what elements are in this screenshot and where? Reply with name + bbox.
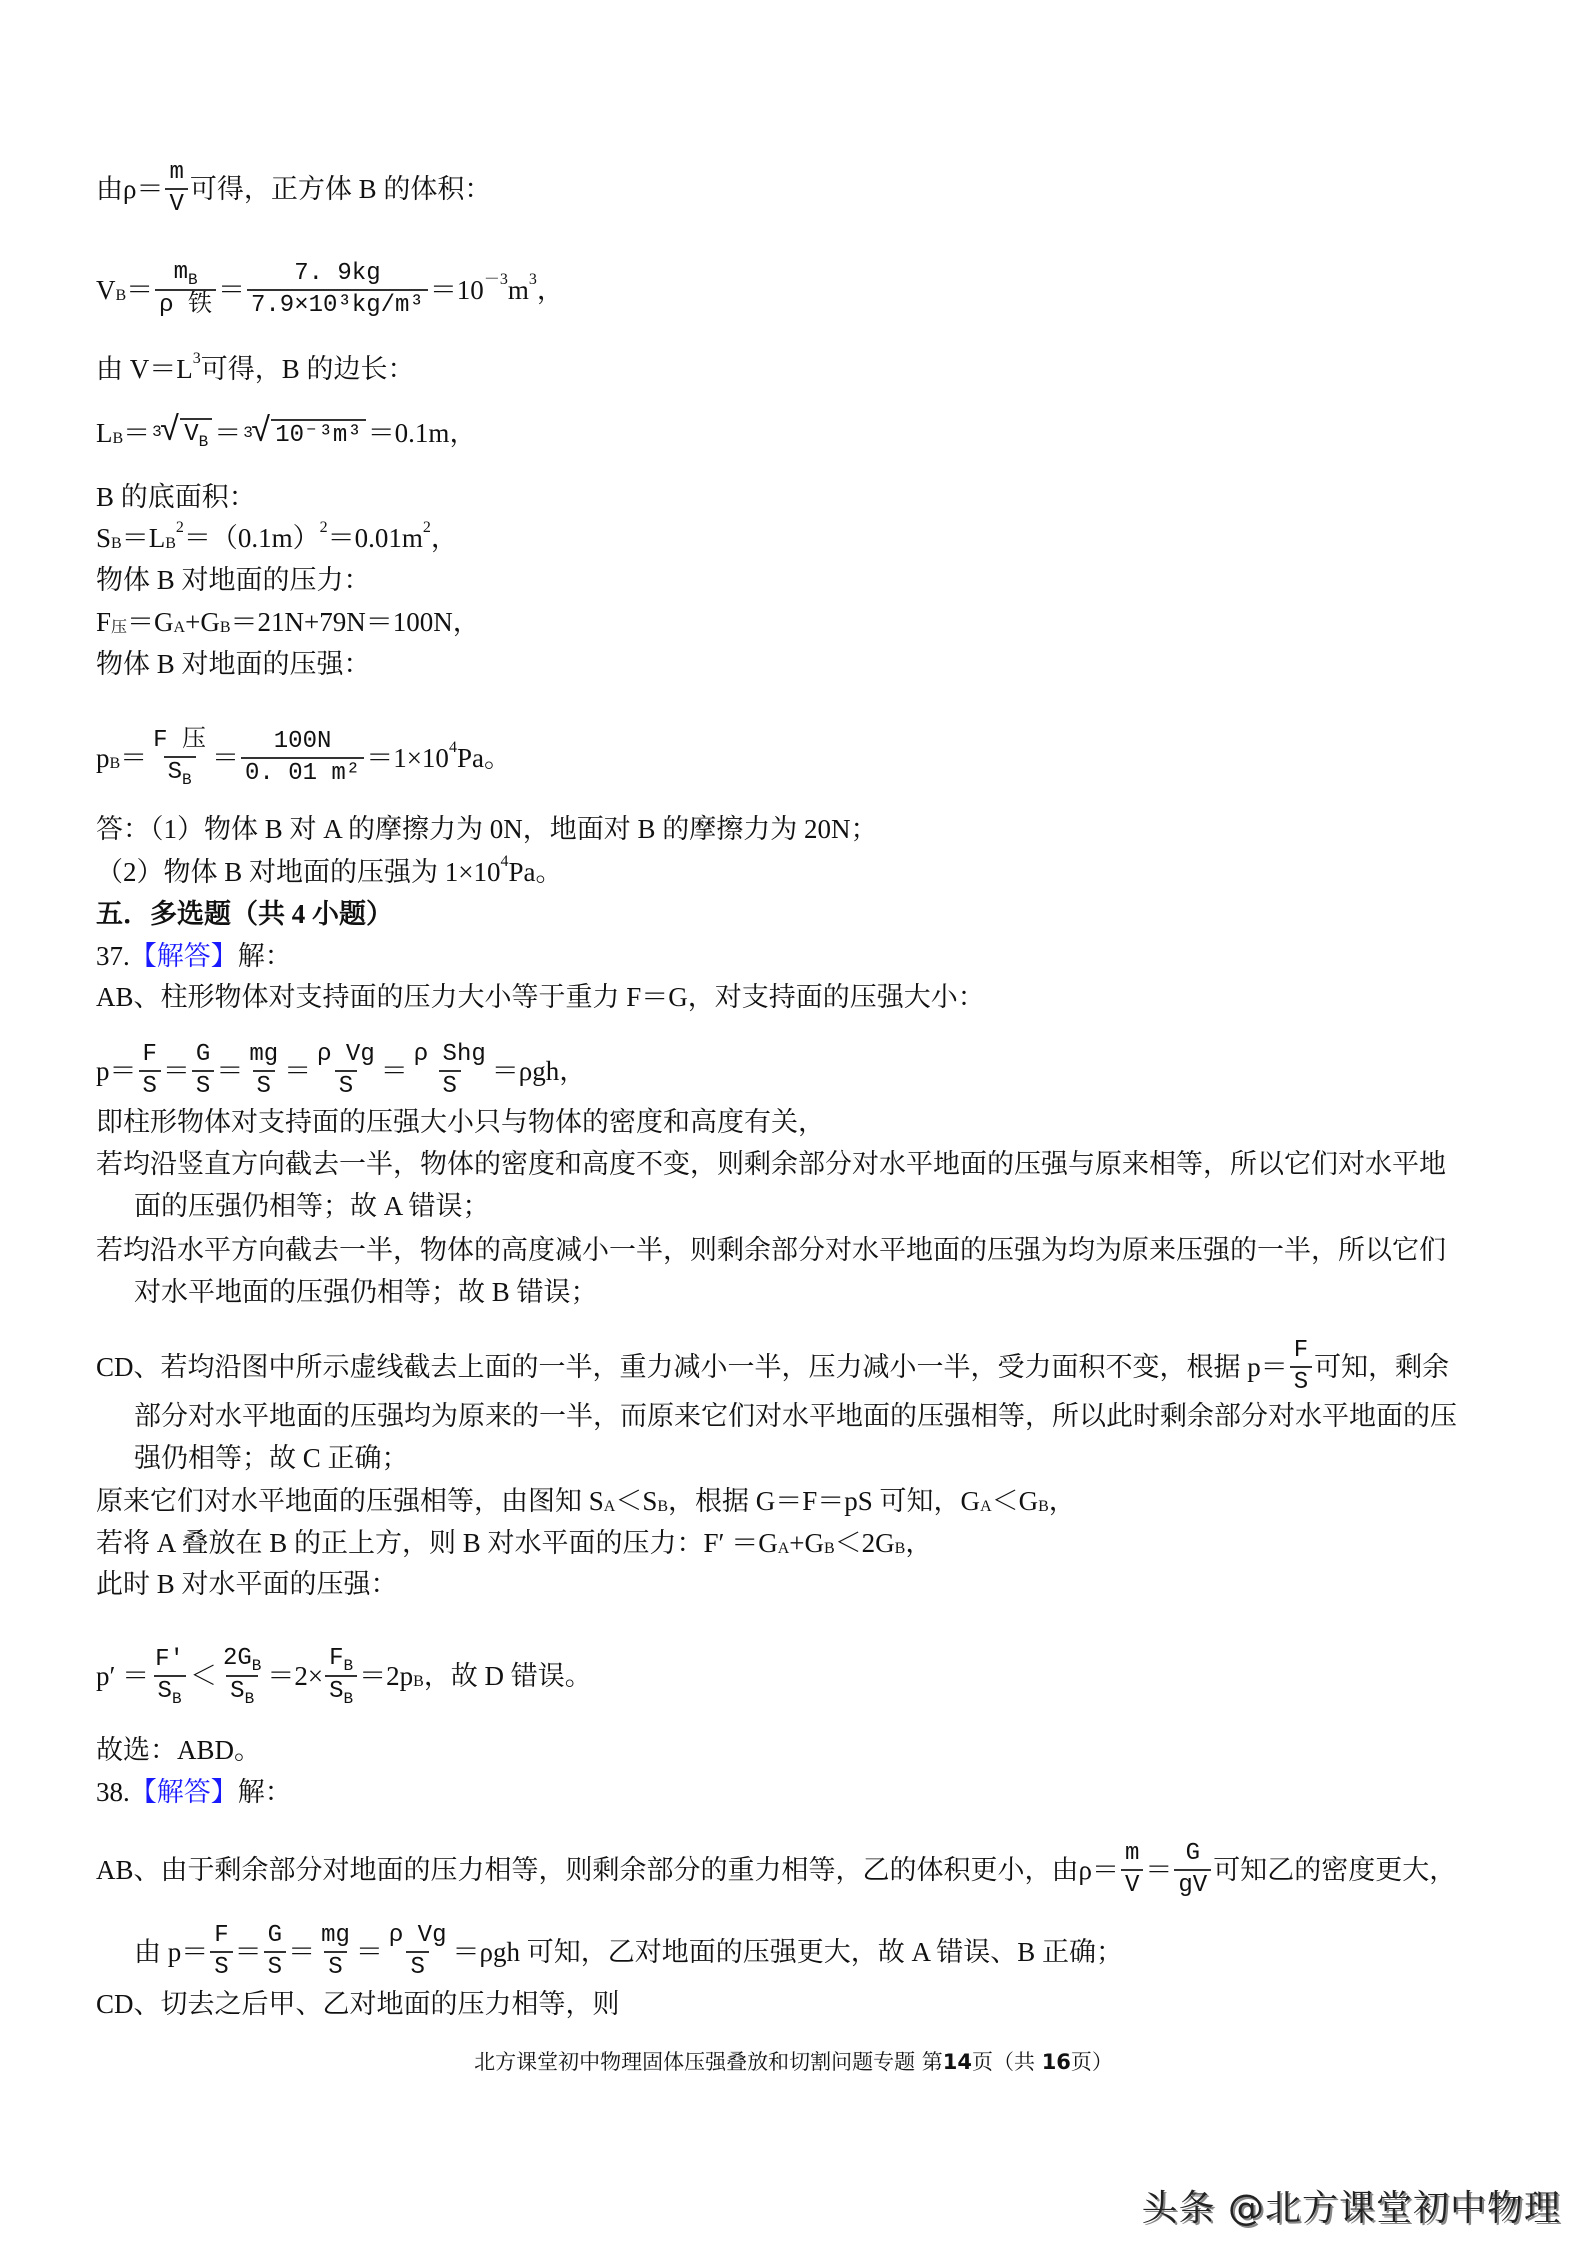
fraction: GS bbox=[192, 1040, 214, 1102]
text-segment: p＝ bbox=[96, 1053, 137, 1089]
fraction: 7. 9kg7.9×10³kg/m³ bbox=[247, 259, 428, 321]
text-line: 由 V＝L3 可得，B 的边长： bbox=[96, 351, 1497, 387]
text-segment: Pa。 bbox=[457, 740, 511, 776]
text-segment: ＝2p bbox=[359, 1658, 413, 1694]
fraction-denominator: 7.9×10³kg/m³ bbox=[247, 289, 428, 321]
fraction-numerator: mg bbox=[317, 1921, 354, 1951]
text-line: VB＝mBρ 铁＝7. 9kg7.9×10³kg/m³＝10－3m3， bbox=[96, 258, 1497, 321]
fraction-numerator: ρ Vg bbox=[385, 1921, 451, 1951]
fraction-denominator: 0. 01 m² bbox=[241, 757, 364, 789]
fraction-denominator: S bbox=[335, 1070, 357, 1102]
superscript: 3 bbox=[529, 262, 537, 298]
subscript: B bbox=[895, 1531, 906, 1567]
text-line: 原来它们对水平地面的压强相等，由图知 SA＜SB，根据 G＝F＝pS 可知，GA… bbox=[96, 1483, 1497, 1519]
superscript: 4 bbox=[449, 730, 457, 766]
text-segment: ＝21N+79N＝100N， bbox=[231, 604, 480, 640]
fraction-denominator: SB bbox=[164, 756, 196, 789]
fraction-numerator: mg bbox=[245, 1040, 282, 1070]
fraction: F 压SB bbox=[149, 726, 210, 789]
fraction-numerator: G bbox=[1182, 1839, 1204, 1869]
fraction: F′SB bbox=[151, 1645, 188, 1708]
text-segment: 若均沿水平方向截去一半，物体的高度减小一半，则剩余部分对水平地面的压强为均为原来… bbox=[96, 1232, 1446, 1268]
text-segment: ＝ρgh， bbox=[492, 1053, 586, 1089]
fraction-numerator: mB bbox=[170, 258, 202, 289]
text-segment: 若将 A 叠放在 B 的正上方，则 B 对水平面的压力：F′ ＝G bbox=[96, 1525, 778, 1561]
text-segment: ＝ bbox=[356, 1934, 383, 1970]
text-segment: ， bbox=[905, 1525, 932, 1561]
text-segment: p bbox=[96, 740, 110, 776]
text-segment: 物体 B 对地面的压力： bbox=[96, 562, 371, 598]
answer-tag: 【解答】 bbox=[130, 1774, 238, 1810]
text-line: 物体 B 对地面的压力： bbox=[96, 562, 1497, 598]
subscript: A bbox=[174, 610, 186, 646]
text-segment: ＜ bbox=[190, 1658, 217, 1694]
fraction: 2GBSB bbox=[219, 1644, 265, 1708]
text-segment: 五．多选题（共 4 小题） bbox=[96, 896, 393, 932]
text-line: 若均沿水平方向截去一半，物体的高度减小一半，则剩余部分对水平地面的压强为均为原来… bbox=[96, 1232, 1497, 1268]
fraction: ρ ShgS bbox=[410, 1040, 490, 1102]
fraction: GS bbox=[264, 1921, 286, 1983]
text-segment: Pa。 bbox=[509, 854, 563, 890]
fraction-denominator: S bbox=[439, 1070, 461, 1102]
footer-page-suffix: 页） bbox=[1071, 2050, 1113, 2074]
subscript: A bbox=[604, 1489, 616, 1525]
text-line: p′ ＝F′SB＜2GBSB＝2×FBSB＝2pB，故 D 错误。 bbox=[96, 1644, 1497, 1708]
fraction-numerator: F bbox=[210, 1921, 232, 1951]
text-segment: 部分对水平地面的压强均为原来的一半，而原来它们对水平地面的压强相等，所以此时剩余… bbox=[134, 1398, 1457, 1434]
fraction: FS bbox=[139, 1040, 161, 1102]
text-line: 38.【解答】解： bbox=[96, 1774, 1497, 1810]
subscript: B bbox=[110, 746, 121, 782]
subscript: A bbox=[778, 1531, 790, 1567]
text-segment: ， bbox=[1049, 1483, 1076, 1519]
fraction-denominator: gV bbox=[1174, 1869, 1211, 1901]
text-line: 强仍相等；故 C 正确； bbox=[134, 1440, 1497, 1476]
text-line: CD、切去之后甲、乙对地面的压力相等，则 bbox=[96, 1986, 1497, 2022]
text-segment: ，故 D 错误。 bbox=[424, 1658, 592, 1694]
fraction-denominator: SB bbox=[325, 1675, 357, 1708]
subscript: 压 bbox=[111, 610, 127, 646]
text-line: 若将 A 叠放在 B 的正上方，则 B 对水平面的压力：F′ ＝GA+GB＜2G… bbox=[96, 1525, 1497, 1561]
text-segment: +G bbox=[185, 604, 220, 640]
footer-title: 北方课堂初中物理固体压强叠放和切割问题专题 bbox=[474, 2050, 922, 2074]
text-segment: ＝ bbox=[284, 1053, 311, 1089]
text-segment: ＝ bbox=[212, 740, 239, 776]
text-line: AB、由于剩余部分对地面的压力相等，则剩余部分的重力相等，乙的体积更小，由ρ＝m… bbox=[96, 1839, 1497, 1901]
fraction: FS bbox=[1290, 1336, 1312, 1398]
text-segment: L bbox=[96, 415, 113, 451]
text-segment: 37. bbox=[96, 938, 130, 974]
text-line: 答：（1）物体 B 对 A 的摩擦力为 0N，地面对 B 的摩擦力为 20N； bbox=[96, 811, 1497, 847]
fraction: mgS bbox=[245, 1040, 282, 1102]
fraction-numerator: 7. 9kg bbox=[290, 259, 384, 289]
text-segment: ＝ bbox=[218, 272, 245, 308]
text-segment: ＜G bbox=[992, 1483, 1039, 1519]
text-segment: CD、切去之后甲、乙对地面的压力相等，则 bbox=[96, 1986, 620, 2022]
fraction: FBSB bbox=[325, 1644, 357, 1708]
text-line: 若均沿竖直方向截去一半，物体的密度和高度不变，则剩余部分对水平地面的压强与原来相… bbox=[96, 1146, 1497, 1182]
fraction: 100N0. 01 m² bbox=[241, 727, 364, 789]
text-segment: 可得，正方体 B 的体积： bbox=[190, 171, 492, 207]
text-line: p＝FS＝GS＝mgS＝ρ VgS＝ρ ShgS＝ρgh， bbox=[96, 1040, 1497, 1102]
fraction-denominator: S bbox=[1290, 1366, 1312, 1398]
fraction-denominator: V bbox=[165, 188, 187, 220]
radical-sign: √ bbox=[160, 414, 180, 450]
text-line: CD、若均沿图中所示虚线截去上面的一半，重力减小一半，压力减小一半，受力面积不变… bbox=[96, 1336, 1497, 1398]
text-segment: ＝ρgh 可知，乙对地面的压强更大，故 A 错误、B 正确； bbox=[452, 1934, 1123, 1970]
footer-page-mid: 页（共 bbox=[972, 2050, 1042, 2074]
superscript: 2 bbox=[320, 510, 328, 546]
fraction-numerator: FB bbox=[325, 1644, 357, 1675]
fraction-denominator: S bbox=[139, 1070, 161, 1102]
text-segment: ＝ bbox=[123, 415, 150, 451]
cube-root: 3√VB bbox=[152, 414, 212, 451]
text-segment: ＝ bbox=[120, 740, 147, 776]
text-segment: ＝2× bbox=[267, 1658, 323, 1694]
text-segment: 对水平地面的压强仍相等；故 B 错误； bbox=[134, 1274, 598, 1310]
document-page: 由ρ＝mV可得，正方体 B 的体积：VB＝mBρ 铁＝7. 9kg7.9×10³… bbox=[0, 0, 1587, 2245]
fraction-denominator: SB bbox=[226, 1675, 258, 1708]
text-line: （2）物体 B 对地面的压强为 1×104Pa。 bbox=[96, 854, 1497, 890]
fraction-numerator: F′ bbox=[151, 1645, 188, 1675]
text-segment: 38. bbox=[96, 1774, 130, 1810]
text-segment: ＝0.01m bbox=[328, 520, 423, 556]
text-segment: ＝G bbox=[127, 604, 174, 640]
fraction-numerator: F bbox=[1290, 1336, 1312, 1366]
superscript: －3 bbox=[484, 262, 508, 298]
text-segment: ， bbox=[431, 520, 458, 556]
subscript: B bbox=[220, 610, 231, 646]
fraction: ρ VgS bbox=[313, 1040, 379, 1102]
text-segment: 物体 B 对地面的压强： bbox=[96, 646, 371, 682]
fraction: mgS bbox=[317, 1921, 354, 1983]
superscript: 3 bbox=[193, 341, 201, 377]
text-line: AB、柱形物体对支持面的压力大小等于重力 F＝G，对支持面的压强大小： bbox=[96, 979, 1497, 1015]
fraction-denominator: S bbox=[192, 1070, 214, 1102]
text-line: 此时 B 对水平面的压强： bbox=[96, 1566, 1497, 1602]
text-segment: F bbox=[96, 604, 111, 640]
text-segment: ＝ bbox=[163, 1053, 190, 1089]
text-segment: 由ρ＝ bbox=[96, 171, 163, 207]
text-segment: ， bbox=[537, 272, 564, 308]
text-line: pB＝F 压SB＝100N0. 01 m²＝1×104Pa。 bbox=[96, 726, 1497, 789]
text-segment: ＝1×10 bbox=[366, 740, 449, 776]
text-line: 由ρ＝mV可得，正方体 B 的体积： bbox=[96, 158, 1497, 220]
section-heading: 五．多选题（共 4 小题） bbox=[96, 896, 1497, 932]
fraction-numerator: 2GB bbox=[219, 1644, 265, 1675]
text-line: 部分对水平地面的压强均为原来的一半，而原来它们对水平地面的压强相等，所以此时剩余… bbox=[134, 1398, 1497, 1434]
text-line: LB＝3√VB＝3√10⁻³m³＝0.1m， bbox=[96, 414, 1497, 451]
text-segment: 面的压强仍相等；故 A 错误； bbox=[134, 1188, 490, 1224]
text-segment: 即柱形物体对支持面的压强大小只与物体的密度和高度有关， bbox=[96, 1104, 825, 1140]
fraction-numerator: m bbox=[1121, 1839, 1143, 1869]
text-segment: +G bbox=[789, 1525, 824, 1561]
text-segment: ＝10 bbox=[430, 272, 484, 308]
fraction-denominator: S bbox=[253, 1070, 275, 1102]
text-segment: ＝ bbox=[235, 1934, 262, 1970]
fraction: GgV bbox=[1174, 1839, 1211, 1901]
fraction: mV bbox=[1121, 1839, 1143, 1901]
text-segment: ＝L bbox=[122, 520, 166, 556]
text-segment: 可知乙的密度更大， bbox=[1213, 1852, 1456, 1888]
text-segment: 由 p＝ bbox=[134, 1934, 208, 1970]
text-line: 故选：ABD。 bbox=[96, 1732, 1497, 1768]
text-line: SB＝LB2＝（0.1m）2＝0.01m2， bbox=[96, 520, 1497, 556]
radicand: VB bbox=[180, 418, 212, 451]
text-segment: CD、若均沿图中所示虚线截去上面的一半，重力减小一半，压力减小一半，受力面积不变… bbox=[96, 1349, 1288, 1385]
fraction-denominator: SB bbox=[154, 1675, 186, 1708]
text-segment: AB、由于剩余部分对地面的压力相等，则剩余部分的重力相等，乙的体积更小，由ρ＝ bbox=[96, 1852, 1119, 1888]
fraction-numerator: F bbox=[139, 1040, 161, 1070]
cube-root: 3√10⁻³m³ bbox=[243, 415, 365, 451]
text-segment: S bbox=[96, 520, 111, 556]
text-segment: ＝ bbox=[214, 415, 241, 451]
text-segment: ＝ bbox=[288, 1934, 315, 1970]
fraction-numerator: ρ Shg bbox=[410, 1040, 490, 1070]
fraction-numerator: m bbox=[165, 158, 187, 188]
superscript: 2 bbox=[423, 510, 431, 546]
text-segment: ＜2G bbox=[835, 1525, 895, 1561]
fraction-denominator: S bbox=[324, 1951, 346, 1983]
text-line: F 压＝GA+GB＝21N+79N＝100N， bbox=[96, 604, 1497, 640]
text-segment: AB、柱形物体对支持面的压力大小等于重力 F＝G，对支持面的压强大小： bbox=[96, 979, 985, 1015]
fraction: ρ VgS bbox=[385, 1921, 451, 1983]
footer-page-current: 14 bbox=[943, 2050, 972, 2074]
text-segment: 解： bbox=[238, 938, 292, 974]
fraction-numerator: G bbox=[192, 1040, 214, 1070]
text-segment: V bbox=[96, 272, 116, 308]
text-line: 物体 B 对地面的压强： bbox=[96, 646, 1497, 682]
subscript: B bbox=[824, 1531, 835, 1567]
subscript: A bbox=[980, 1489, 992, 1525]
fraction: mV bbox=[165, 158, 187, 220]
subscript: B bbox=[413, 1664, 424, 1700]
text-segment: （2）物体 B 对地面的压强为 1×10 bbox=[96, 854, 501, 890]
fraction-numerator: F 压 bbox=[149, 726, 210, 756]
fraction-numerator: ρ Vg bbox=[313, 1040, 379, 1070]
radical-sign: √ bbox=[251, 415, 271, 451]
fraction: mBρ 铁 bbox=[155, 258, 216, 321]
text-segment: p′ ＝ bbox=[96, 1658, 149, 1694]
text-segment: 强仍相等；故 C 正确； bbox=[134, 1440, 409, 1476]
subscript: B bbox=[111, 526, 122, 562]
text-segment: 原来它们对水平地面的压强相等，由图知 S bbox=[96, 1483, 604, 1519]
answer-tag: 【解答】 bbox=[130, 938, 238, 974]
text-segment: 由 V＝L bbox=[96, 351, 193, 387]
fraction-denominator: S bbox=[210, 1951, 232, 1983]
text-line: B 的底面积： bbox=[96, 479, 1497, 515]
fraction-numerator: G bbox=[264, 1921, 286, 1951]
superscript: 2 bbox=[176, 510, 184, 546]
fraction-denominator: ρ 铁 bbox=[155, 289, 216, 321]
watermark: 头条 @北方课堂初中物理 bbox=[1142, 2180, 1561, 2231]
footer-page-total: 16 bbox=[1042, 2050, 1071, 2074]
text-segment: 此时 B 对水平面的压强： bbox=[96, 1566, 398, 1602]
subscript: B bbox=[116, 278, 127, 314]
subscript: B bbox=[1038, 1489, 1049, 1525]
text-segment: 答：（1）物体 B 对 A 的摩擦力为 0N，地面对 B 的摩擦力为 20N； bbox=[96, 811, 878, 847]
text-segment: ＝（0.1m） bbox=[184, 520, 320, 556]
text-segment: ＜S bbox=[615, 1483, 657, 1519]
text-segment: 若均沿竖直方向截去一半，物体的密度和高度不变，则剩余部分对水平地面的压强与原来相… bbox=[96, 1146, 1446, 1182]
text-segment: m bbox=[508, 272, 529, 308]
text-line: 即柱形物体对支持面的压强大小只与物体的密度和高度有关， bbox=[96, 1104, 1497, 1140]
text-segment: 可得，B 的边长： bbox=[201, 351, 415, 387]
fraction-numerator: 100N bbox=[270, 727, 336, 757]
subscript: B bbox=[165, 526, 176, 562]
text-segment: ，根据 G＝F＝pS 可知，G bbox=[668, 1483, 980, 1519]
text-segment: ＝ bbox=[381, 1053, 408, 1089]
page-footer: 北方课堂初中物理固体压强叠放和切割问题专题 第14页（共 16页） bbox=[0, 2046, 1587, 2076]
subscript: B bbox=[113, 421, 124, 457]
fraction-denominator: S bbox=[406, 1951, 428, 1983]
text-segment: ＝ bbox=[216, 1053, 243, 1089]
fraction-denominator: S bbox=[264, 1951, 286, 1983]
footer-page-prefix: 第 bbox=[922, 2050, 943, 2074]
text-segment: 故选：ABD。 bbox=[96, 1732, 261, 1768]
text-line: 37.【解答】解： bbox=[96, 938, 1497, 974]
text-segment: ＝0.1m， bbox=[368, 415, 477, 451]
text-line: 由 p＝FS＝GS＝mgS＝ρ VgS＝ρgh 可知，乙对地面的压强更大，故 A… bbox=[134, 1921, 1497, 1983]
radicand: 10⁻³m³ bbox=[271, 419, 365, 451]
text-segment: ＝ bbox=[126, 272, 153, 308]
superscript: 4 bbox=[501, 844, 509, 880]
subscript: B bbox=[657, 1489, 668, 1525]
text-line: 对水平地面的压强仍相等；故 B 错误； bbox=[134, 1274, 1497, 1310]
fraction-denominator: V bbox=[1121, 1869, 1143, 1901]
text-segment: 解： bbox=[238, 1774, 292, 1810]
fraction: FS bbox=[210, 1921, 232, 1983]
text-line: 面的压强仍相等；故 A 错误； bbox=[134, 1188, 1497, 1224]
text-segment: 可知，剩余 bbox=[1314, 1349, 1449, 1385]
text-segment: ＝ bbox=[1145, 1852, 1172, 1888]
